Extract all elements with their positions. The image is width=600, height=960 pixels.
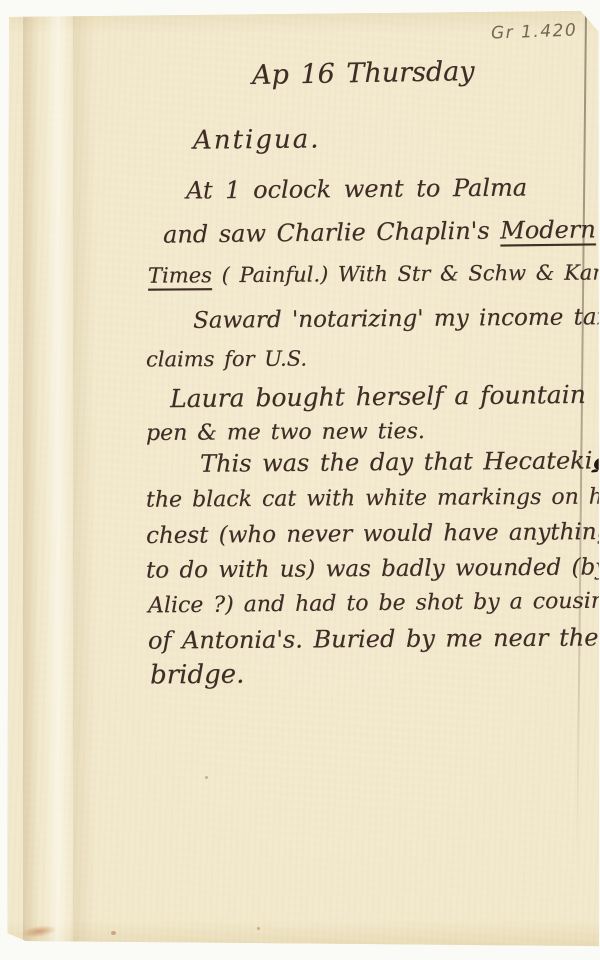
diary-line: Saward 'notarizing' my income tax bbox=[193, 304, 600, 334]
paper-crease-shadow bbox=[73, 10, 95, 948]
left-gutter-shadow bbox=[23, 10, 39, 948]
stain-speck bbox=[205, 776, 208, 779]
diary-line: chest (who never would have anything bbox=[146, 519, 600, 549]
diary-line: of Antonia's. Buried by me near the bbox=[148, 624, 599, 655]
heading-text: Ap 16 Thursday bbox=[252, 56, 475, 91]
diary-line: claims for U.S. bbox=[146, 347, 307, 372]
diary-line: At 1 oclock went to Palma bbox=[186, 175, 527, 206]
diary-line: pen & me two new ties. bbox=[146, 419, 425, 446]
diary-line: Times ( Painful.) With Str & Schw & Karl… bbox=[148, 260, 600, 287]
stain-speck bbox=[111, 931, 116, 935]
ink-blot bbox=[594, 457, 600, 470]
diary-line: bridge. bbox=[150, 661, 245, 692]
diary-line: Laura bought herself a fountain bbox=[170, 381, 586, 414]
diary-line: Alice ?) and had to be shot by a cousin bbox=[148, 589, 600, 619]
stain-speck bbox=[257, 927, 260, 930]
diary-page: Gr 1.420 Ap 16 Thursday Antigua. At 1 oc… bbox=[7, 10, 599, 948]
diary-line: and saw Charlie Chaplin's Modern bbox=[163, 216, 596, 249]
paper-crease bbox=[43, 10, 73, 948]
diary-line: Antigua. bbox=[193, 125, 321, 156]
page-edge-line bbox=[576, 12, 587, 875]
catalog-mark: Gr 1.420 bbox=[491, 21, 578, 44]
diary-line: to do with us) was badly wounded (by bbox=[146, 554, 600, 584]
diary-line: This was the day that Hecateki bbox=[200, 447, 600, 478]
diary-line: the black cat with white markings on her bbox=[146, 484, 600, 513]
entry-date-heading: Ap 16 Thursday bbox=[252, 56, 475, 91]
